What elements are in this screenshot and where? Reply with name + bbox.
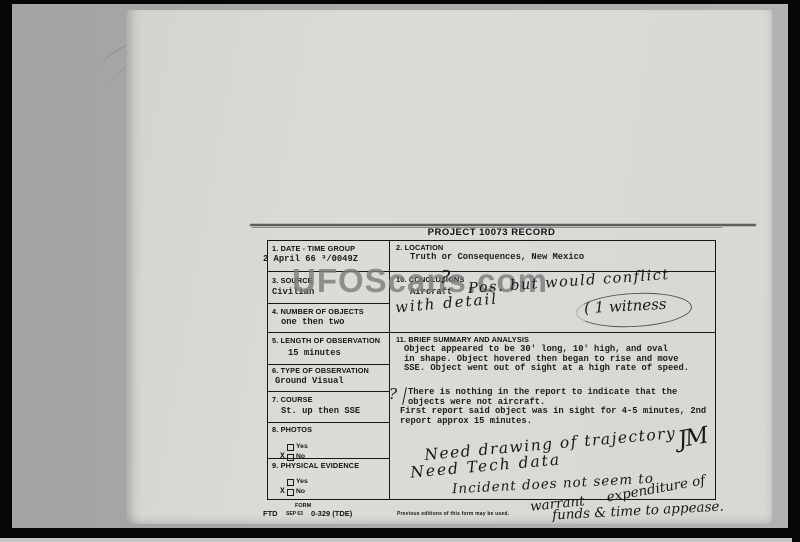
handwritten-question-mark-summary: ? <box>389 385 397 403</box>
footer-form-caption: FORM <box>295 503 311 509</box>
field-label-course: 7. COURSE <box>272 395 313 404</box>
top-rule <box>250 224 756 226</box>
handwritten-initials: JM <box>676 423 709 454</box>
footer-form-number: 0-329 (TDE) <box>311 509 352 518</box>
photos-no-checkbox <box>287 454 294 461</box>
row-line <box>267 332 716 333</box>
row-line <box>267 364 389 365</box>
physical-evidence-no-checkbox <box>287 489 294 496</box>
row-line <box>267 391 389 392</box>
photos-yes-label: Yes <box>296 443 308 450</box>
field-value-type-of-observation: Ground Visual <box>275 376 344 386</box>
scan-edge-strip <box>0 538 792 542</box>
field-value-course: St. up then SSE <box>281 406 360 416</box>
summary-paragraph-2: There is nothing in the report to indica… <box>408 388 677 407</box>
row-line <box>267 458 389 459</box>
field-value-number-of-objects: one then two <box>281 317 344 327</box>
footer-previous-editions-note: Previous editions of this form may be us… <box>397 511 509 517</box>
physical-evidence-no-mark: X <box>280 487 285 496</box>
scanned-document-page: PROJECT 10073 RECORD 1. DATE - TIME GROU… <box>0 0 800 542</box>
physical-evidence-yes-label: Yes <box>296 478 308 485</box>
physical-evidence-yes-checkbox <box>287 479 294 486</box>
field-label-photos: 8. PHOTOS <box>272 425 312 434</box>
field-label-date-time-group: 1. DATE - TIME GROUP <box>272 244 355 253</box>
field-label-physical-evidence: 9. PHYSICAL EVIDENCE <box>272 461 359 470</box>
field-value-location: Truth or Consequences, New Mexico <box>410 252 584 262</box>
photos-yes-checkbox <box>287 444 294 451</box>
field-value-length-of-observation: 15 minutes <box>288 348 341 358</box>
handwritten-question-mark-conclusions: ? <box>439 267 451 289</box>
footer-form-date: SEP 63 <box>286 511 303 517</box>
summary-paragraph-3: First report said object was in sight fo… <box>400 407 706 426</box>
physical-evidence-no-label: No <box>296 488 305 495</box>
photos-no-mark: X <box>280 452 285 461</box>
field-label-location: 2. LOCATION <box>396 243 443 252</box>
field-label-length-of-observation: 5. LENGTH OF OBSERVATION <box>272 336 380 345</box>
summary-paragraph-1: Object appeared to be 30' long, 10' high… <box>404 345 689 374</box>
photos-no-label: No <box>296 453 305 460</box>
row-line <box>267 303 389 304</box>
row-line <box>267 422 389 423</box>
field-label-number-of-objects: 4. NUMBER OF OBJECTS <box>272 307 364 316</box>
form-title: PROJECT 10073 RECORD <box>267 227 716 238</box>
footer-form-id: FTD <box>263 509 278 518</box>
field-label-summary: 11. BRIEF SUMMARY AND ANALYSIS <box>396 335 529 344</box>
field-label-type-of-observation: 6. TYPE OF OBSERVATION <box>272 366 369 375</box>
